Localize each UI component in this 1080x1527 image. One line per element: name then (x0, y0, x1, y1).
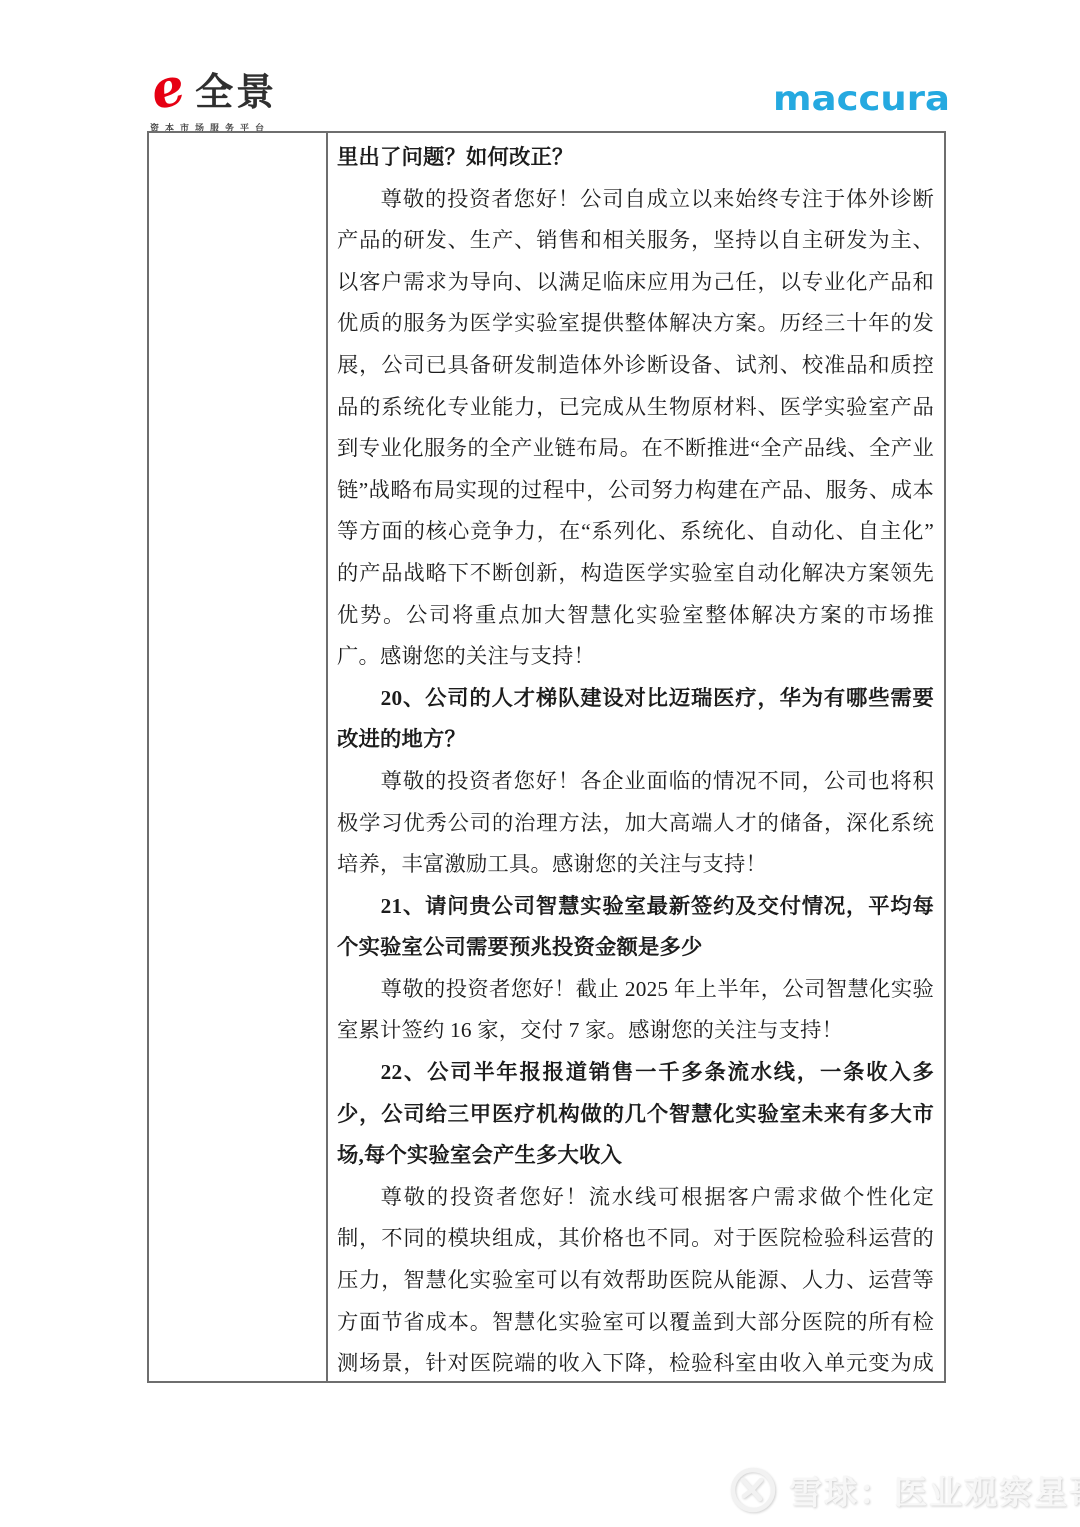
question-paragraph: 20、公司的人才梯队建设对比迈瑞医疗，华为有哪些需要改进的地方？ (337, 678, 934, 761)
document-page: e 全景 资本市场服务平台 maccura 里出了问题？如何改正？尊敬的投资者您… (0, 0, 1080, 1527)
table-content-column: 里出了问题？如何改正？尊敬的投资者您好！公司自成立以来始终专注于体外诊断产品的研… (328, 133, 944, 1381)
quanjing-e-icon: e (144, 62, 193, 122)
question-paragraph: 22、公司半年报报道销售一千多条流水线，一条收入多少，公司给三甲医疗机构做的几个… (337, 1052, 934, 1177)
watermark: 雪球：医业观察星哥 (729, 1464, 1080, 1516)
answer-paragraph: 尊敬的投资者您好！截止 2025 年上半年，公司智慧化实验室累计签约 16 家，… (337, 969, 934, 1052)
answer-paragraph: 尊敬的投资者您好！公司自成立以来始终专注于体外诊断产品的研发、生产、销售和相关服… (337, 179, 934, 678)
maccura-logo: maccura (773, 81, 950, 115)
table-left-column (149, 133, 328, 1381)
quanjing-logo-text: 全景 (195, 73, 277, 111)
answer-paragraph: 尊敬的投资者您好！各企业面临的情况不同，公司也将积极学习优秀公司的治理方法，加大… (337, 761, 934, 886)
xueqiu-icon (729, 1466, 777, 1514)
qa-table: 里出了问题？如何改正？尊敬的投资者您好！公司自成立以来始终专注于体外诊断产品的研… (147, 131, 946, 1383)
quanjing-logo: e 全景 资本市场服务平台 (150, 66, 277, 134)
watermark-text: 雪球：医业观察星哥 (789, 1467, 1080, 1514)
answer-paragraph: 尊敬的投资者您好！流水线可根据客户需求做个性化定制，不同的模块组成，其价格也不同… (337, 1177, 934, 1381)
question-paragraph: 21、请问贵公司智慧实验室最新签约及交付情况，平均每个实验室公司需要预兆投资金额… (337, 886, 934, 969)
question-paragraph: 里出了问题？如何改正？ (337, 137, 934, 179)
